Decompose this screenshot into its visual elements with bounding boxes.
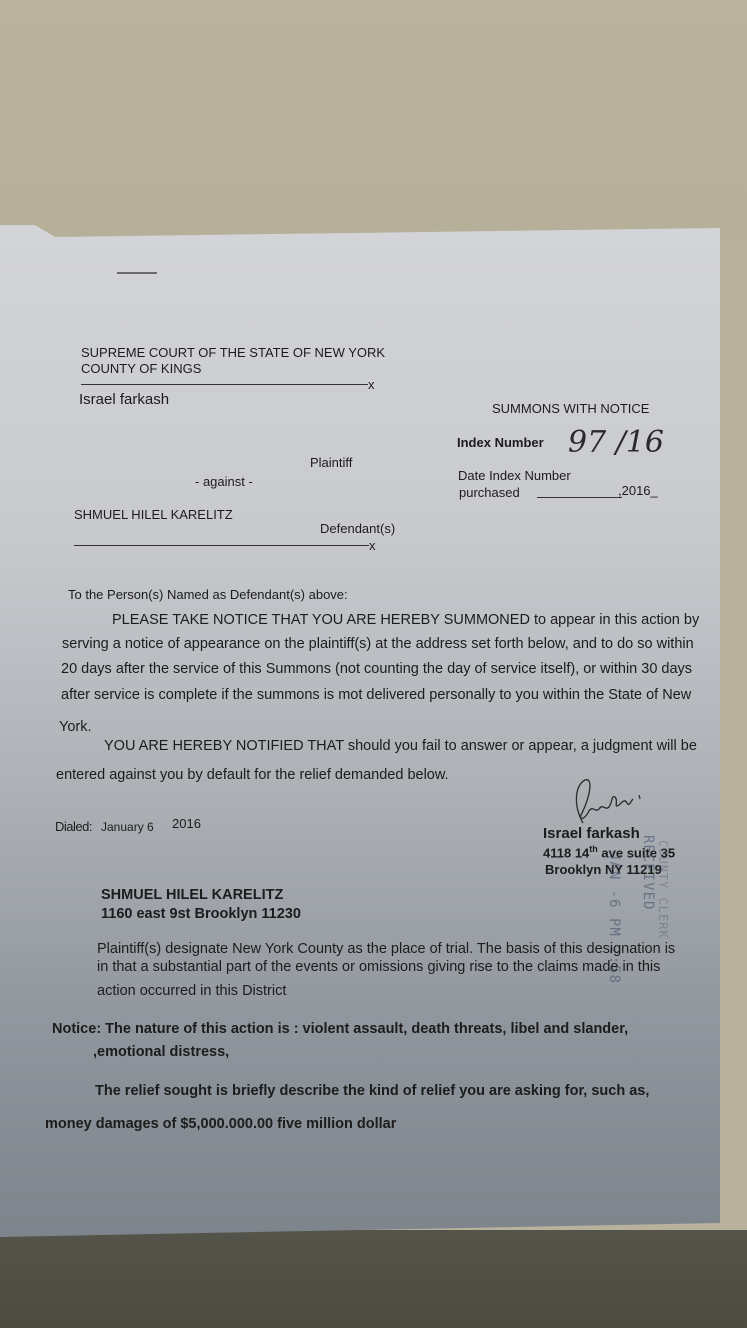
plaintiff-name: Israel farkash [79, 392, 169, 407]
caption-x-top: x [368, 378, 375, 391]
dialed-date: January 6 [101, 821, 154, 833]
notice-line2: ,emotional distress, [93, 1045, 229, 1060]
salutation: To the Person(s) Named as Defendant(s) a… [68, 588, 348, 601]
caption-rule-bottom [74, 545, 369, 546]
recipient-name: SHMUEL HILEL KARELITZ [101, 888, 283, 903]
dialed-label: Dialed: [55, 820, 92, 833]
background-desk [0, 1230, 747, 1328]
against-label: - against - [195, 475, 253, 488]
signer-name: Israel farkash [543, 826, 640, 841]
defendant-name: SHMUEL HILEL KARELITZ [74, 508, 233, 521]
signature [565, 775, 675, 830]
summons-para1-line5: York. [59, 720, 92, 735]
venue-line3: action occurred in this District [97, 984, 286, 999]
venue-line1: Plaintiff(s) designate New York County a… [97, 942, 675, 957]
plaintiff-label: Plaintiff [310, 456, 352, 469]
notice-line1: Notice: The nature of this action is : v… [52, 1022, 628, 1037]
date-index-label: Date Index Number [458, 469, 571, 482]
caption-rule-top [81, 384, 368, 385]
relief-line2: money damages of $5,000.000.00 five mill… [45, 1117, 396, 1132]
defendant-label: Defendant(s) [320, 522, 395, 535]
purchased-date-blank [537, 497, 622, 498]
caption-x-bottom: x [369, 539, 376, 552]
venue-line2: in that a substantial part of the events… [97, 960, 660, 975]
summons-para1-line2: serving a notice of appearance on the pl… [62, 637, 694, 652]
summons-para2-line1: YOU ARE HEREBY NOTIFIED THAT should you … [104, 739, 697, 754]
summons-para1-line3: 20 days after the service of this Summon… [61, 662, 692, 677]
paper-mark [117, 272, 157, 274]
clerk-stamp-county: COUNTY CLERK [656, 840, 670, 939]
summons-para1-line1: PLEASE TAKE NOTICE THAT YOU ARE HEREBY S… [112, 613, 699, 628]
clerk-stamp-received: RECEIVED [640, 835, 656, 910]
summons-para2-line2: entered against you by default for the r… [56, 768, 449, 783]
index-number-label: Index Number [457, 436, 544, 449]
court-name: SUPREME COURT OF THE STATE OF NEW YORK [81, 346, 385, 359]
relief-line1: The relief sought is briefly describe th… [95, 1084, 649, 1099]
dialed-year: 2016 [172, 817, 201, 830]
purchased-year: ,2016_ [618, 484, 658, 497]
index-number-value: 97 /16 [568, 428, 664, 458]
court-county: COUNTY OF KINGS [81, 362, 201, 375]
recipient-address: 1160 east 9st Brooklyn 11230 [101, 907, 301, 922]
purchased-label: purchased [459, 486, 520, 499]
summons-para1-line4: after service is complete if the summons… [61, 688, 691, 703]
background-wall [0, 0, 747, 240]
document-type: SUMMONS WITH NOTICE [492, 402, 649, 415]
